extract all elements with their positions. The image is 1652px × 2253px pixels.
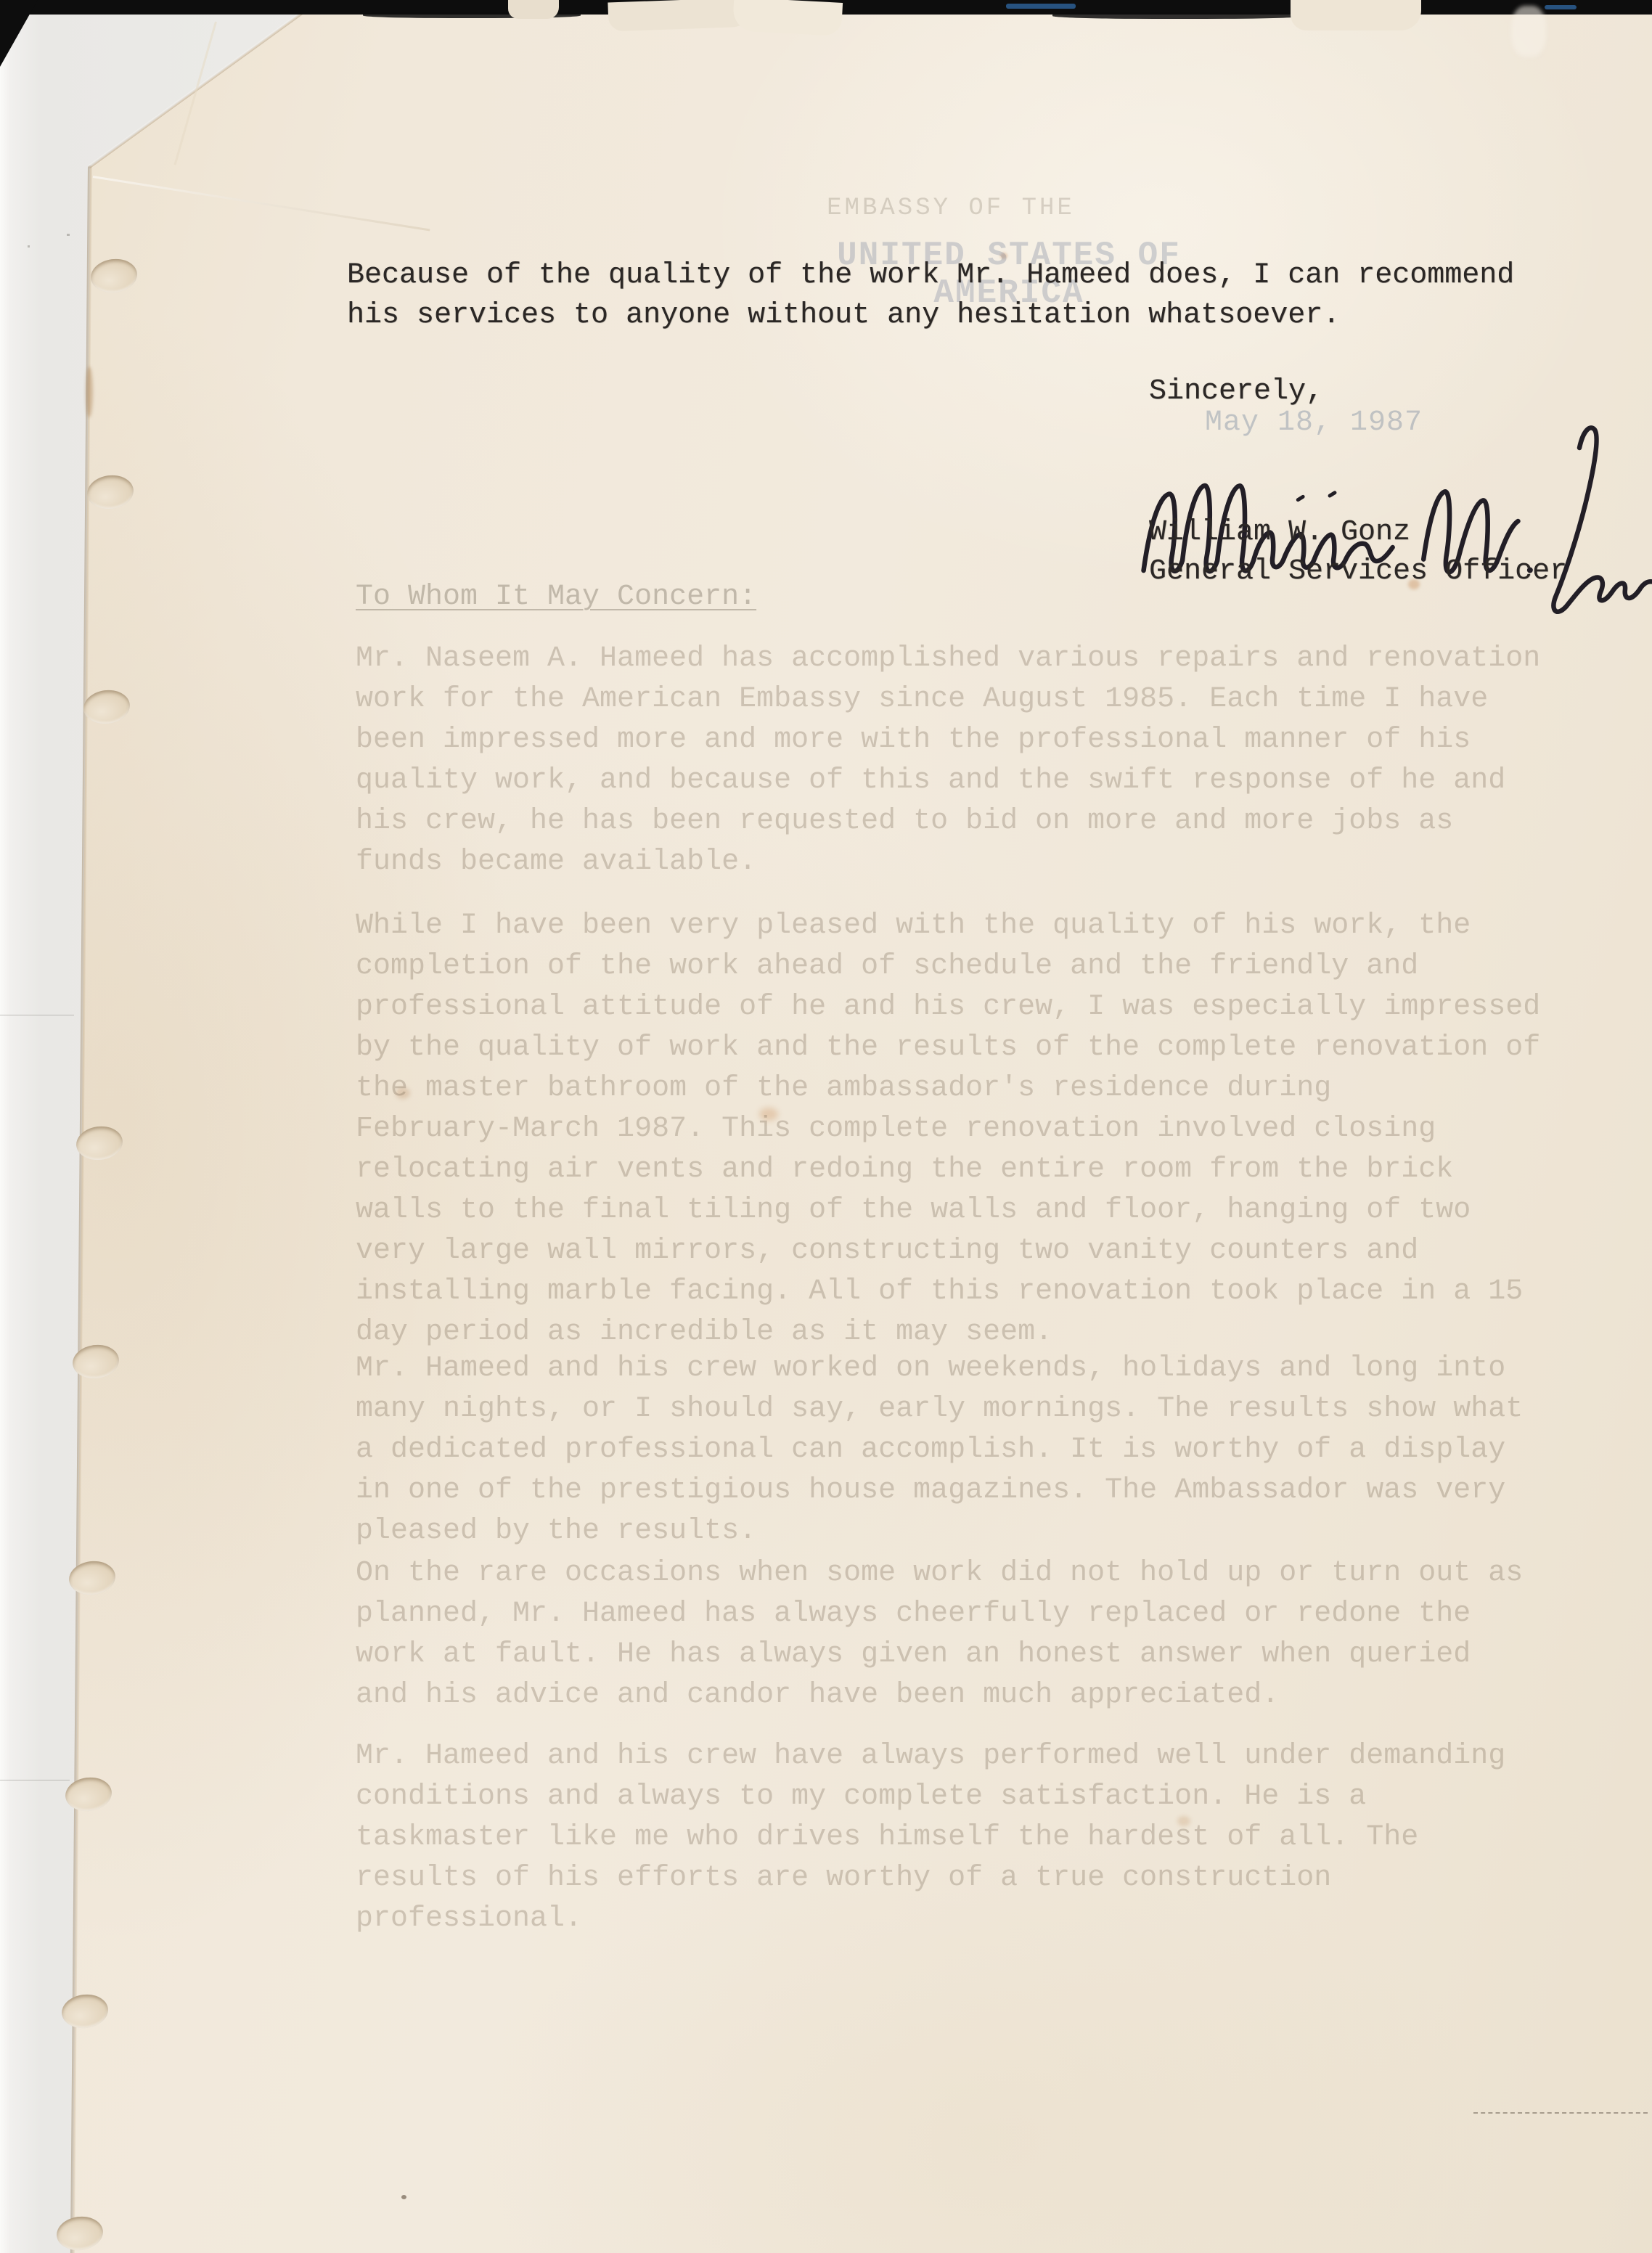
faded-paragraph-2: While I have been very pleased with the … (356, 906, 1590, 1353)
signature-last-name-stroke (1547, 425, 1652, 647)
backing-speck (67, 234, 70, 236)
letterhead-line1: EMBASSY OF THE (762, 195, 1140, 222)
backing-speck (28, 245, 30, 248)
torn-paper-smudge (1511, 6, 1546, 57)
faded-paragraph-3: Mr. Hameed and his crew worked on weeken… (356, 1349, 1590, 1552)
faded-paragraph-5: Mr. Hameed and his crew have always perf… (356, 1736, 1590, 1939)
edge-stain (86, 367, 93, 417)
scan-blue-sliver (1545, 5, 1577, 9)
torn-paper-chip (608, 0, 753, 31)
faded-paragraph-1: Mr. Naseem A. Hameed has accomplished va… (356, 639, 1590, 883)
faded-heading: To Whom It May Concern: (356, 581, 756, 613)
faded-paragraph-4: On the rare occasions when some work did… (356, 1553, 1590, 1716)
crease-line (1473, 2112, 1648, 2114)
signature-i-dots (1298, 493, 1335, 500)
scanned-letter-page: { "colors": { "ink": "#2b2725", "paper":… (0, 0, 1652, 2253)
signer-title: General Services Officer (1149, 552, 1567, 592)
scan-strip-irregularity (1052, 12, 1307, 19)
torn-paper-chip (508, 0, 559, 19)
scanner-streak (0, 1015, 74, 1015)
scan-blue-sliver (1006, 4, 1076, 9)
scan-canvas: EMBASSY OF THE UNITED STATES OF AMERICA … (0, 0, 1652, 2253)
recommendation-paragraph: Because of the quality of the work Mr. H… (347, 255, 1581, 335)
scanner-streak (0, 1780, 70, 1780)
ink-speck (401, 2195, 406, 2199)
signer-name: William W. Gonz (1149, 512, 1410, 552)
closing-salutation: Sincerely, (1149, 372, 1323, 412)
torn-paper-chip (1291, 0, 1421, 30)
torn-paper-chip (732, 0, 843, 36)
